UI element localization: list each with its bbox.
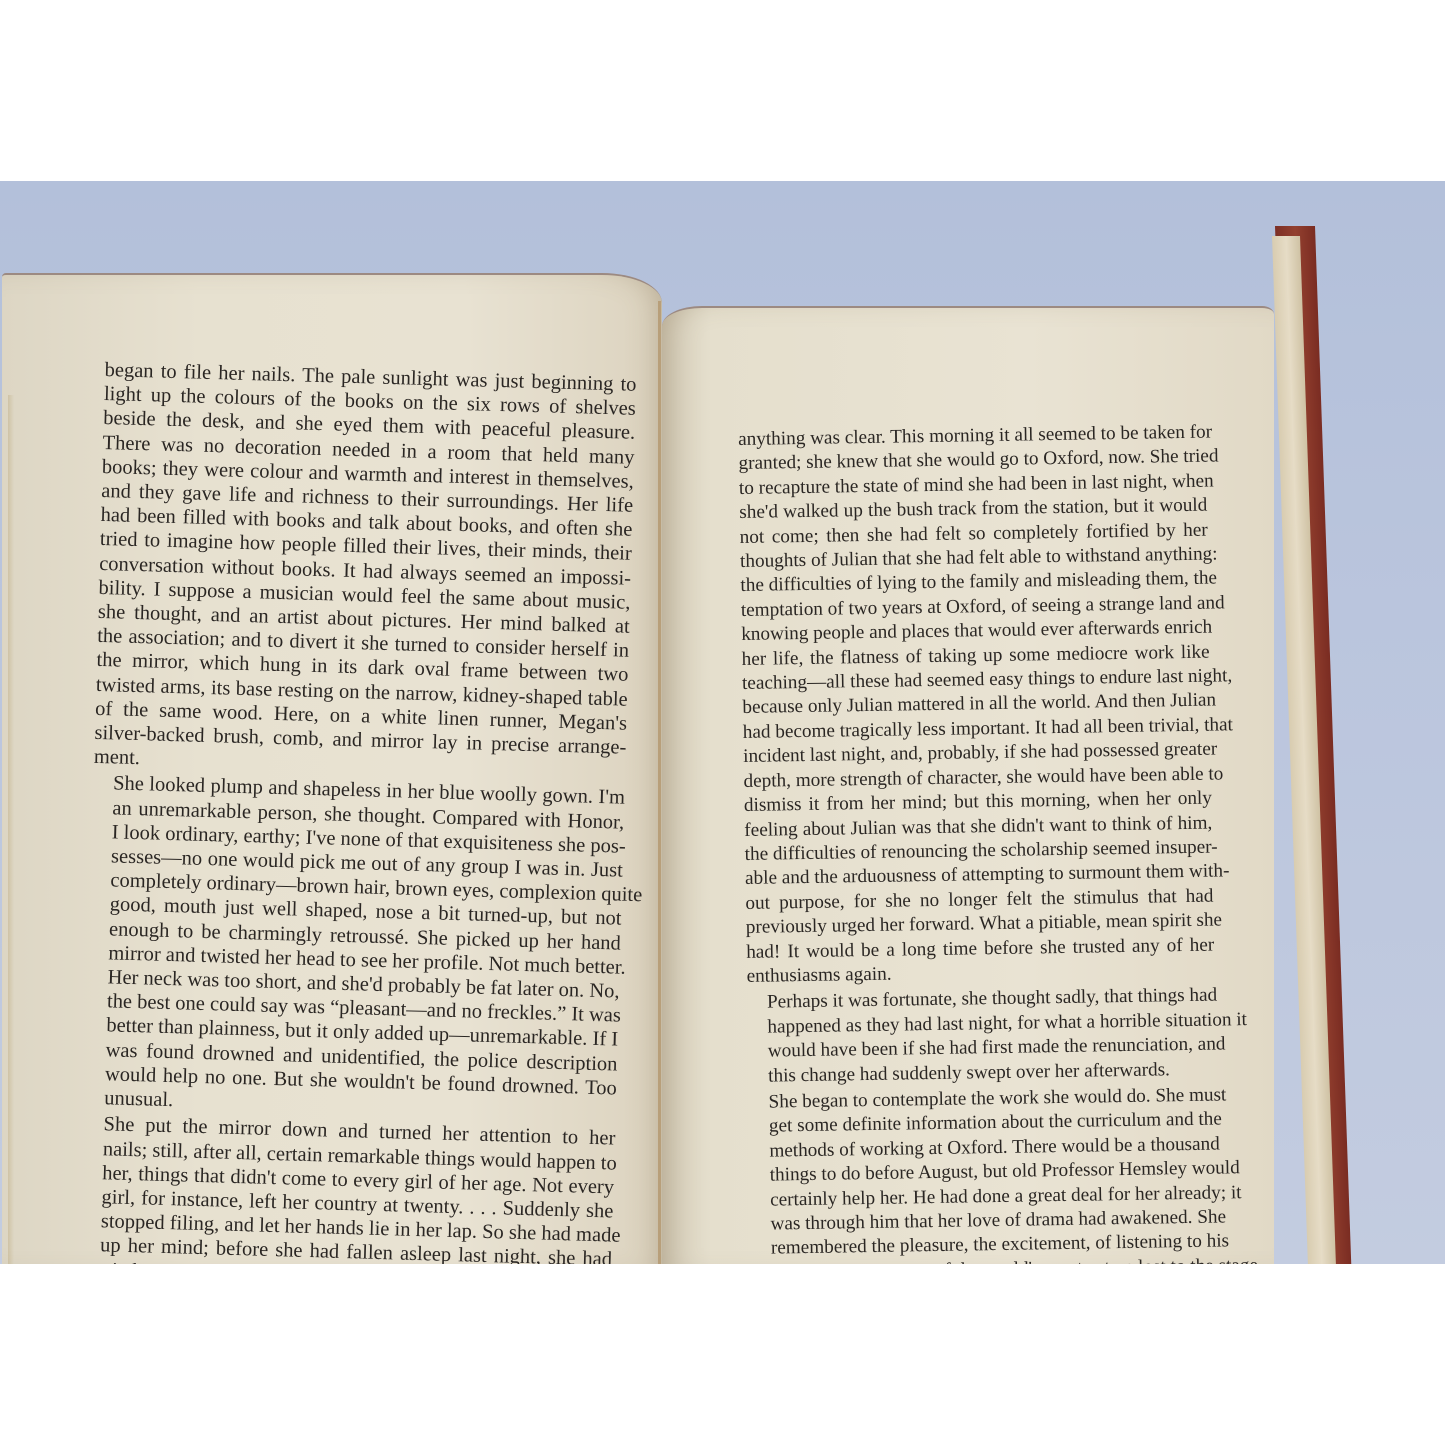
paragraph: She put the mirror down and turned her a… [79,1112,616,1264]
left-page-text: began to file her nails. The pale sunlig… [79,358,637,1264]
book-gutter [658,301,661,1264]
paragraph: anything was clear. This morning it all … [738,421,1215,990]
paragraph: She looked plump and shapeless in her bl… [84,771,625,1125]
right-page-text: anything was clear. This morning it all … [738,421,1221,1264]
paragraph: Perhaps it was fortunate, she thought sa… [747,984,1216,1089]
page-edge-stain [8,395,14,1264]
left-page: began to file her nails. The pale sunlig… [2,273,662,1264]
paragraph: She began to contemplate the work she wo… [748,1084,1220,1264]
right-page: anything was clear. This morning it all … [662,306,1274,1264]
photo-background: began to file her nails. The pale sunlig… [0,181,1445,1264]
paragraph: began to file her nails. The pale sunlig… [94,358,637,784]
